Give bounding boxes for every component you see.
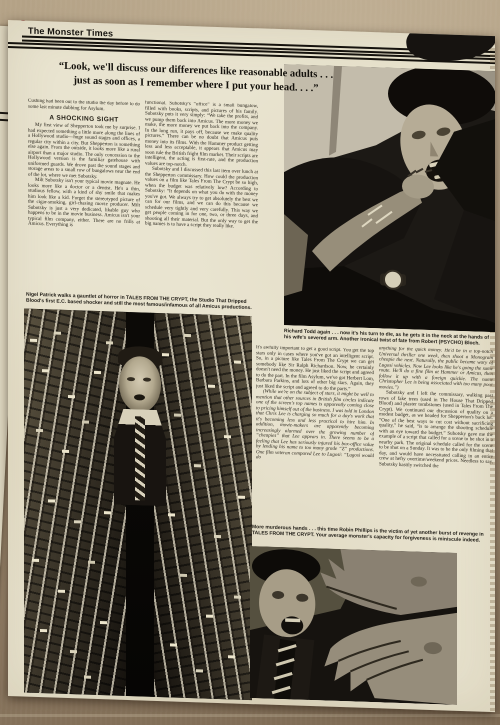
paragraph: functional. Subotsky's “office” is a sma… [145,101,258,171]
photo-monster-hands-art [250,546,457,705]
paragraph: Subotsky and I discussed this last item … [145,167,258,231]
photo-razor-corridor [24,309,252,701]
photo-screaming-victim [284,64,495,332]
paragraph: Cushing had been out to the studio the d… [28,99,140,114]
actor-striped-tie [135,416,145,500]
actor-mouth [134,394,145,400]
photo-screaming-victim-art [284,64,495,332]
screenshot-root: { "masthead": { "title": "The Monster Ti… [0,0,500,725]
article-column-3: It's awfully important to get a good scr… [256,345,374,525]
article-column-4: anything for the quick money. He'd be in… [379,346,493,530]
newspaper-page: The Monster Times Page 11 “Look, we'll d… [8,20,495,712]
paragraph-italic: anything for the quick money. He'd be in… [379,346,493,394]
paragraph: My first view of Shepperton took me by s… [28,123,140,182]
actor-eye [143,377,151,381]
actor-eye [127,377,135,381]
paragraph: It's awfully important to get a good scr… [256,345,374,393]
article-column-1: Cushing had been out to the studio the d… [28,99,140,295]
photo-monster-hands [250,546,457,705]
paragraph-italic: (While we're on the subject of stars, it… [256,389,374,464]
article-column-2: functional. Subotsky's “office” is a sma… [145,101,258,299]
cardboard-crease [0,714,500,717]
razor-wall-right [150,313,252,700]
paragraph: Milt Subotsky isn't your typical movie m… [28,178,140,231]
paragraph: Subotsky and I left the commissary, walk… [379,390,493,471]
actor-face [119,356,161,413]
razor-blade-glints [24,309,31,312]
